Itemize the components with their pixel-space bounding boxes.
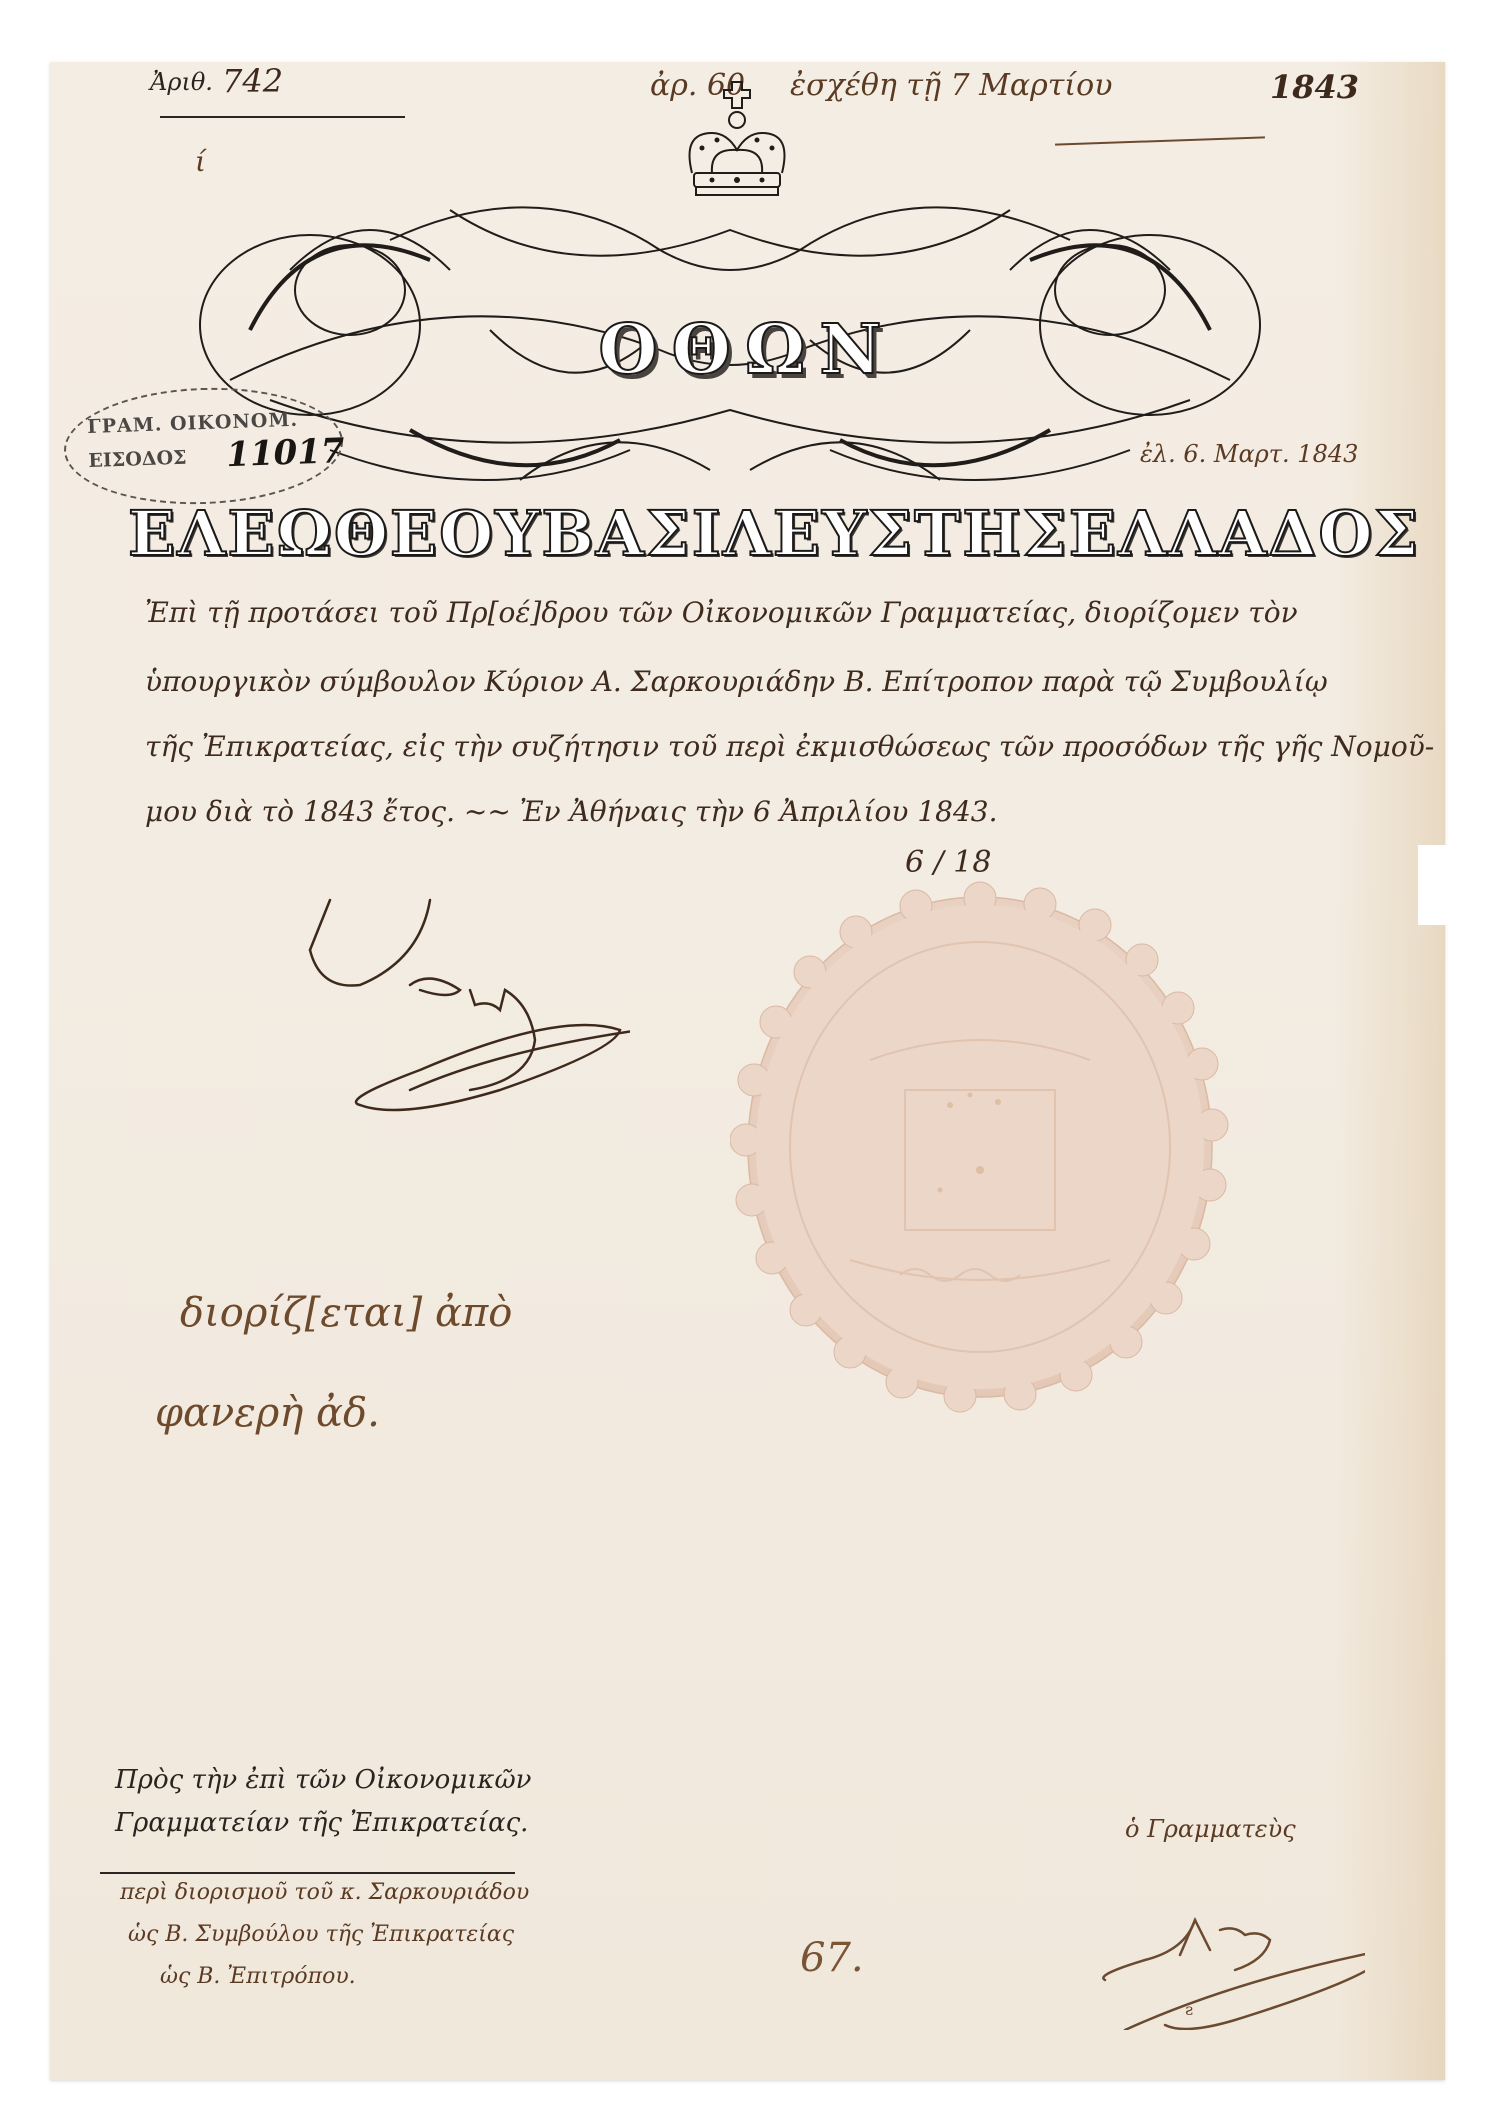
title-word: ΒΑΣΙΛΕΥΣ <box>541 497 914 570</box>
address-line: Πρὸς τὴν ἐπὶ τῶν Οἰκονομικῶν <box>115 1765 531 1795</box>
embossed-paper-seal-icon <box>730 880 1230 1415</box>
monogram-letter: Θ <box>672 310 731 390</box>
torn-edge <box>1418 845 1448 925</box>
minister-mark: ƨ <box>1185 2000 1193 2019</box>
summary-line: ὡς Β. Συμβούλου τῆς Ἐπικρατείας <box>128 1922 514 1947</box>
title-word: ΕΛΛΑΔΟΣ <box>1069 497 1421 570</box>
royal-title: ΕΛΕΩ ΘΕΟΥ ΒΑΣΙΛΕΥΣ ΤΗΣ ΕΛΛΑΔΟΣ <box>128 505 1343 561</box>
stamp-entry-text: ΕΙΣΟΔΟΣ <box>88 447 187 472</box>
decree-text-line: τῆς Ἐπικρατείας, εἰς τὴν συζήτησιν τοῦ π… <box>145 730 1434 763</box>
top-note-year: 1843 <box>1270 68 1359 106</box>
summary-line: περὶ διορισμοῦ τοῦ κ. Σαρκουριάδου <box>120 1880 529 1905</box>
monogram-letter: Ν <box>819 310 881 390</box>
royal-crown-icon <box>672 78 802 203</box>
decree-text-line: ὑπουργικὸν σύμβουλον Κύριον Α. Σαρκουριά… <box>145 665 1328 698</box>
reference-underline <box>160 116 405 118</box>
title-word: ΘΕΟΥ <box>334 497 542 570</box>
king-signature-icon <box>300 890 630 1140</box>
address-line: Γραμματείαν τῆς Ἐπικρατείας. <box>115 1808 528 1838</box>
decree-text-line: μου διὰ τὸ 1843 ἔτος. ~~ Ἐν Ἀθήναις τὴν … <box>145 795 997 828</box>
reference-label: Ἀριθ. <box>150 68 213 96</box>
title-word: ΕΛΕΩ <box>128 497 334 570</box>
date-note-right: ἐλ. 6. Μαρτ. 1843 <box>1140 440 1358 468</box>
decree-text-line: Ἐπὶ τῇ προτάσει τοῦ Πρ[οέ]δρου τῶν Οἰκον… <box>145 596 1298 629</box>
title-word: ΤΗΣ <box>914 497 1069 570</box>
top-note-received: ἐσχέθη τῇ 7 Μαρτίου <box>790 68 1112 103</box>
monogram-letter: Ω <box>745 310 806 390</box>
summary-line: ὡς Β. Ἐπιτρόπου. <box>160 1964 356 1989</box>
monogram-letter: Ο <box>598 310 657 390</box>
minister-signature-icon: ƨ <box>1085 1880 1365 2030</box>
margin-note-line: διορίζ[εται] ἀπὸ <box>180 1290 512 1336</box>
footer-divider <box>100 1872 515 1874</box>
minister-title: ὁ Γραμματεὺς <box>1125 1815 1296 1843</box>
royal-monogram: Ο Θ Ω Ν <box>520 305 960 395</box>
stamp-number: 11017 <box>226 431 346 475</box>
reference-number: 742 <box>222 62 283 100</box>
date-fraction: 6 / 18 <box>905 845 991 880</box>
margin-note-line: φανερὴ ἀδ. <box>155 1390 380 1436</box>
page-number: 67. <box>800 1935 864 1981</box>
